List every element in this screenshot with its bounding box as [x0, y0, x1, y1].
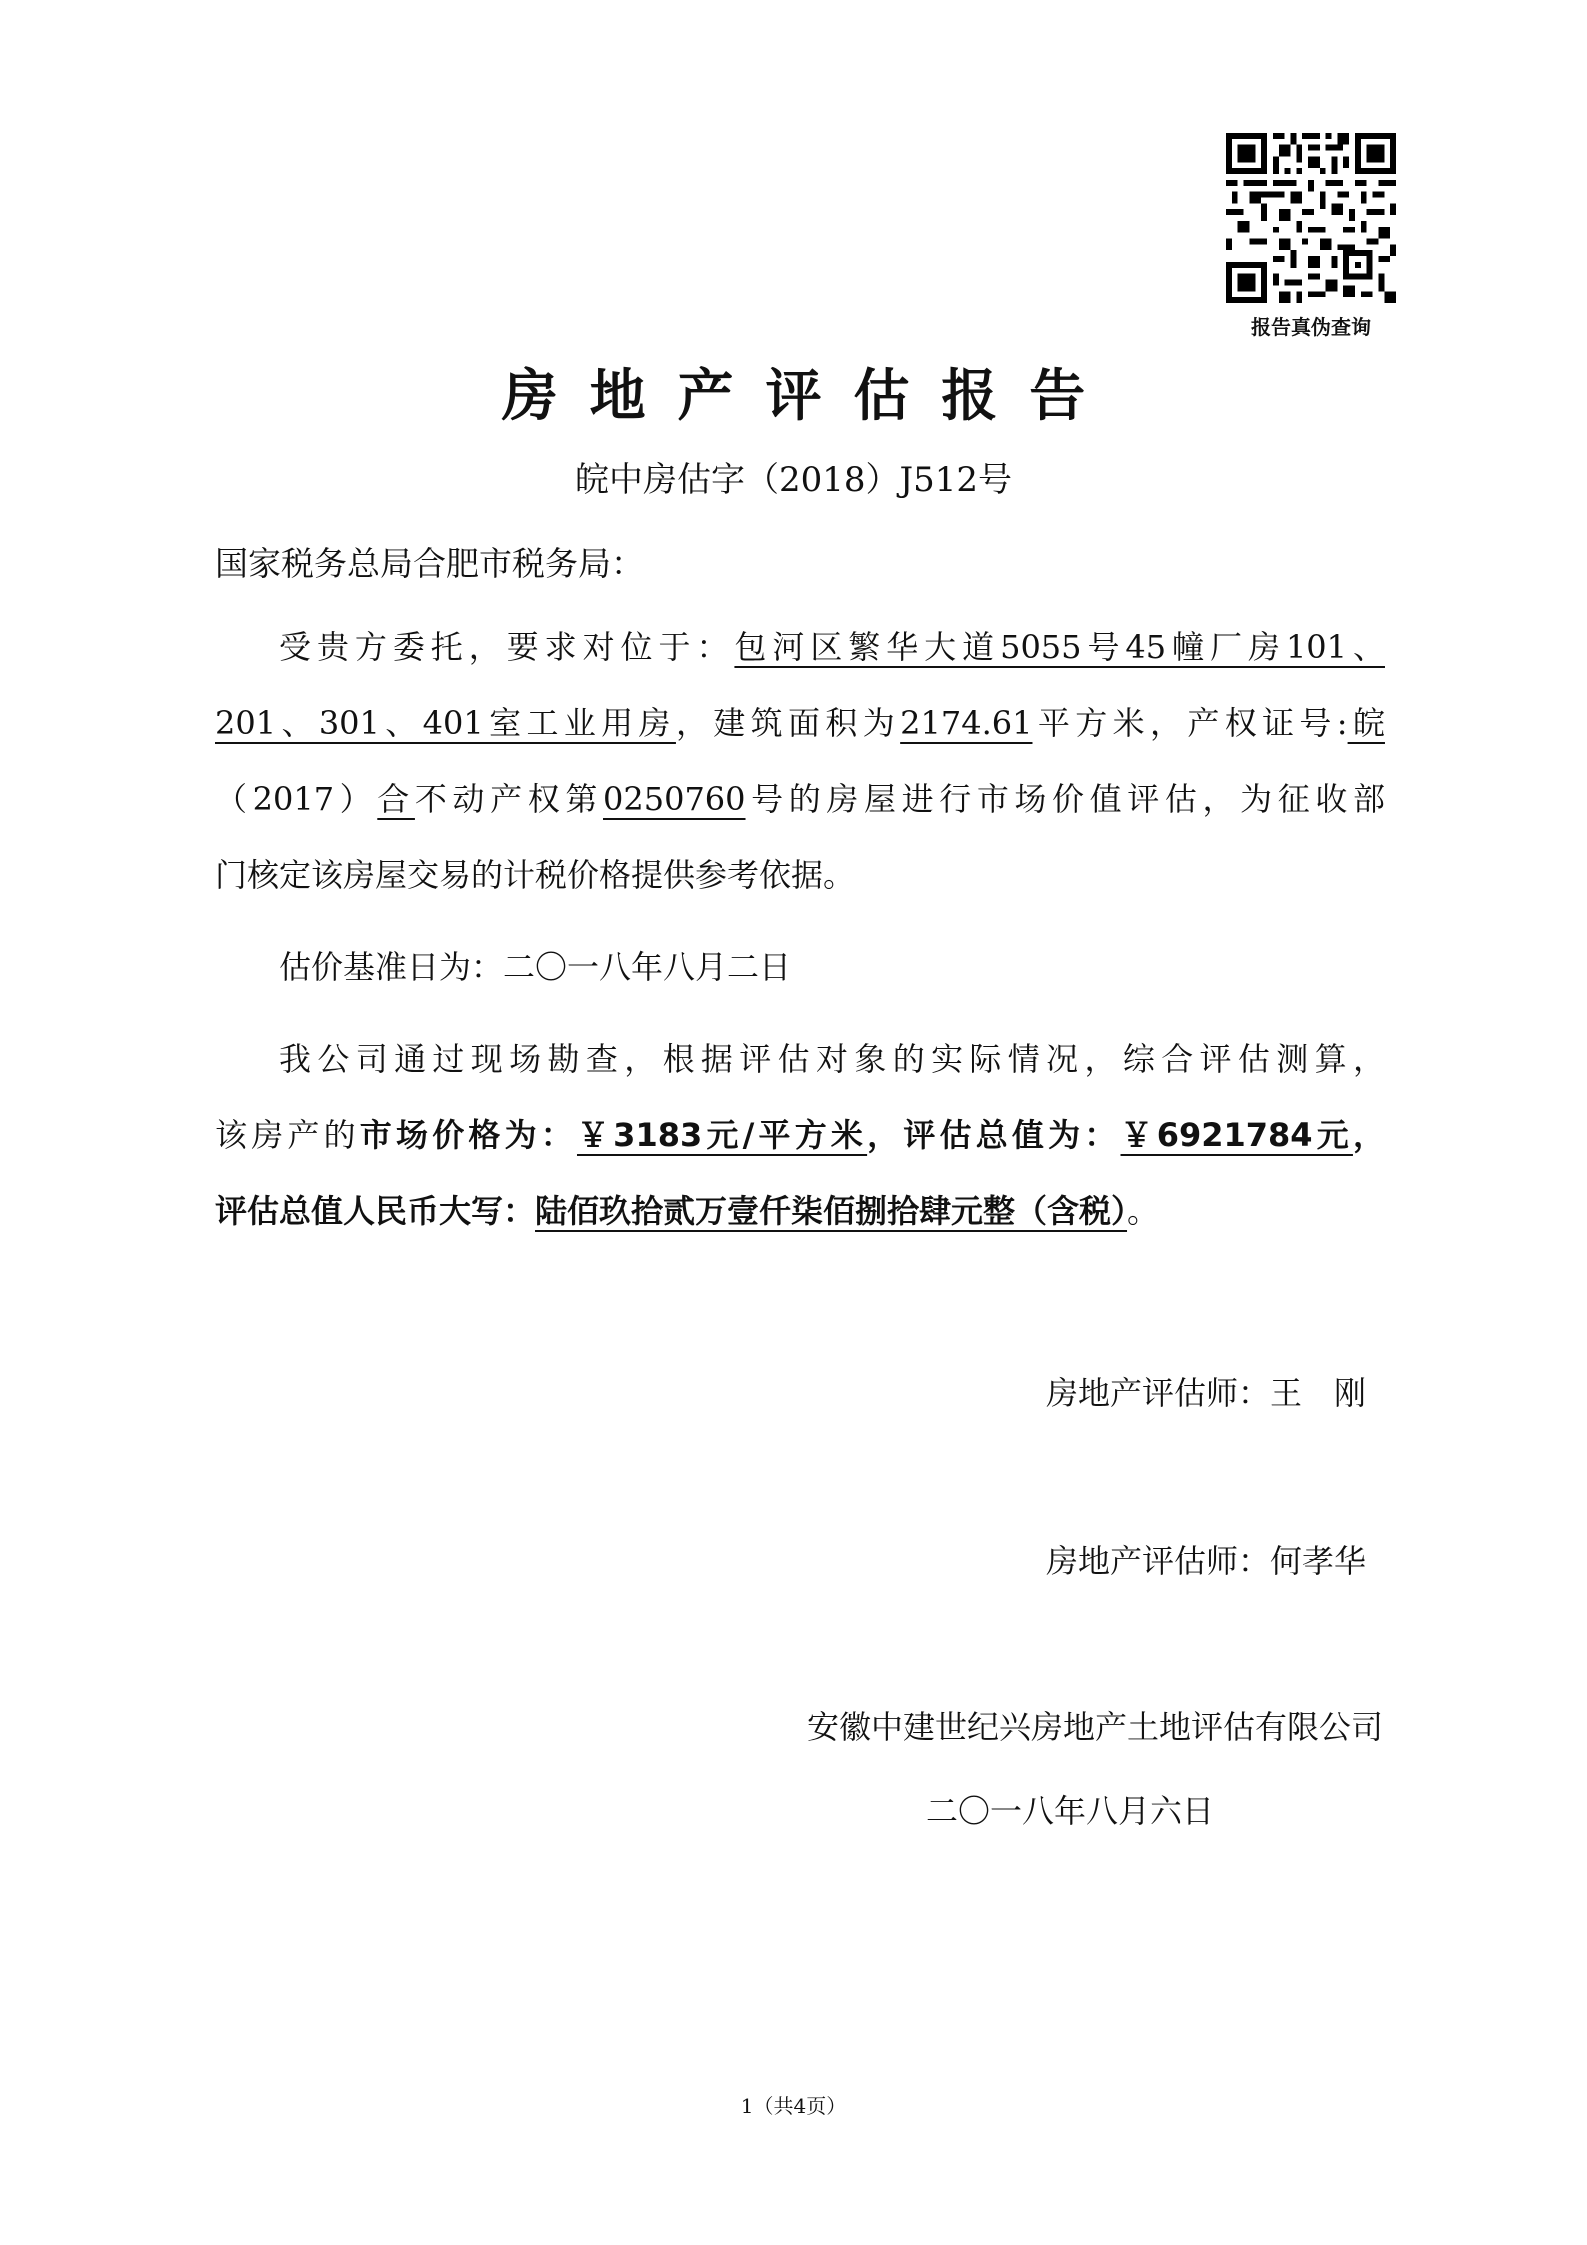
company-name: 安徽中建世纪兴房地产土地评估有限公司 — [807, 1702, 1383, 1748]
market-price-value: ￥3183元/平方米 — [577, 1116, 867, 1154]
qr-code-icon[interactable] — [1226, 133, 1396, 303]
document-number: 皖中房估字（2018）J512号 — [0, 452, 1587, 501]
para3-intro: 我公司通过现场勘查，根据评估对象的实际情况，综合评估测算， — [215, 1040, 1385, 1078]
page-number: 1（共4页） — [0, 2090, 1587, 2119]
addressee: 国家税务总局合肥市税务局： — [215, 538, 644, 585]
para1-intro: 受贵方委托，要求对位于： — [215, 628, 734, 666]
cert-number: 0250760 — [603, 780, 746, 818]
cert-mid: 不动产权第 — [415, 780, 603, 818]
total-value-words: 陆佰玖拾贰万壹仟柒佰捌拾肆元整（含税） — [535, 1192, 1127, 1230]
appraiser-1: 房地产评估师：王 刚 — [1046, 1368, 1366, 1414]
market-price-label: 市场价格为： — [360, 1116, 577, 1154]
cert-label: 平方米，产权证号: — [1032, 704, 1347, 742]
period: 。 — [1127, 1192, 1159, 1230]
para1-purpose: 号的房屋进行市场价值评估，为征收部 — [746, 780, 1385, 818]
line-end: ， — [1353, 1116, 1385, 1154]
valuation-date: 估价基准日为：二〇一八年八月二日 — [215, 942, 1449, 988]
valuation-date-label: 估价基准日为： — [279, 948, 503, 986]
qr-verification-block: 报告真伪查询 — [1226, 133, 1396, 340]
para1-line2: 201、301、401室工业用房，建筑面积为2174.61平方米，产权证号:皖 — [215, 698, 1385, 744]
report-title: 房地产评估报告 — [0, 352, 1587, 432]
total-value: ￥6921784元 — [1121, 1116, 1353, 1154]
cert-year: （2017） — [215, 780, 377, 818]
area-label: ，建筑面积为 — [676, 704, 900, 742]
para3-line3: 评估总值人民币大写：陆佰玖拾贰万壹仟柒佰捌拾肆元整（含税）。 — [215, 1186, 1385, 1232]
building-area: 2174.61 — [900, 704, 1032, 742]
para3-line2: 该房产的市场价格为：￥3183元/平方米，评估总值为：￥6921784元， — [215, 1110, 1385, 1156]
report-date: 二〇一八年八月六日 — [926, 1786, 1214, 1832]
appraiser-2: 房地产评估师：何孝华 — [1046, 1536, 1366, 1582]
para1-line3: （2017）合不动产权第0250760号的房屋进行市场价值评估，为征收部 — [215, 774, 1385, 820]
total-value-words-label: 评估总值人民币大写： — [215, 1192, 535, 1230]
property-address: 包河区繁华大道5055号45幢厂房101、 — [734, 628, 1385, 666]
para1-line4: 门核定该房屋交易的计税价格提供参考依据。 — [215, 850, 1385, 896]
separator: ， — [867, 1116, 903, 1154]
market-price-prefix: 该房产的 — [215, 1116, 360, 1154]
para3-line1: 我公司通过现场勘查，根据评估对象的实际情况，综合评估测算， — [215, 1034, 1385, 1080]
cert-prefix: 皖 — [1348, 704, 1385, 742]
qr-caption: 报告真伪查询 — [1226, 311, 1396, 340]
total-value-label: 评估总值为： — [903, 1116, 1120, 1154]
valuation-date-value: 二〇一八年八月二日 — [503, 948, 791, 986]
para1-line1: 受贵方委托，要求对位于：包河区繁华大道5055号45幢厂房101、 — [215, 622, 1385, 668]
cert-city: 合 — [377, 780, 415, 818]
property-address-cont: 201、301、401室工业用房 — [215, 704, 676, 742]
